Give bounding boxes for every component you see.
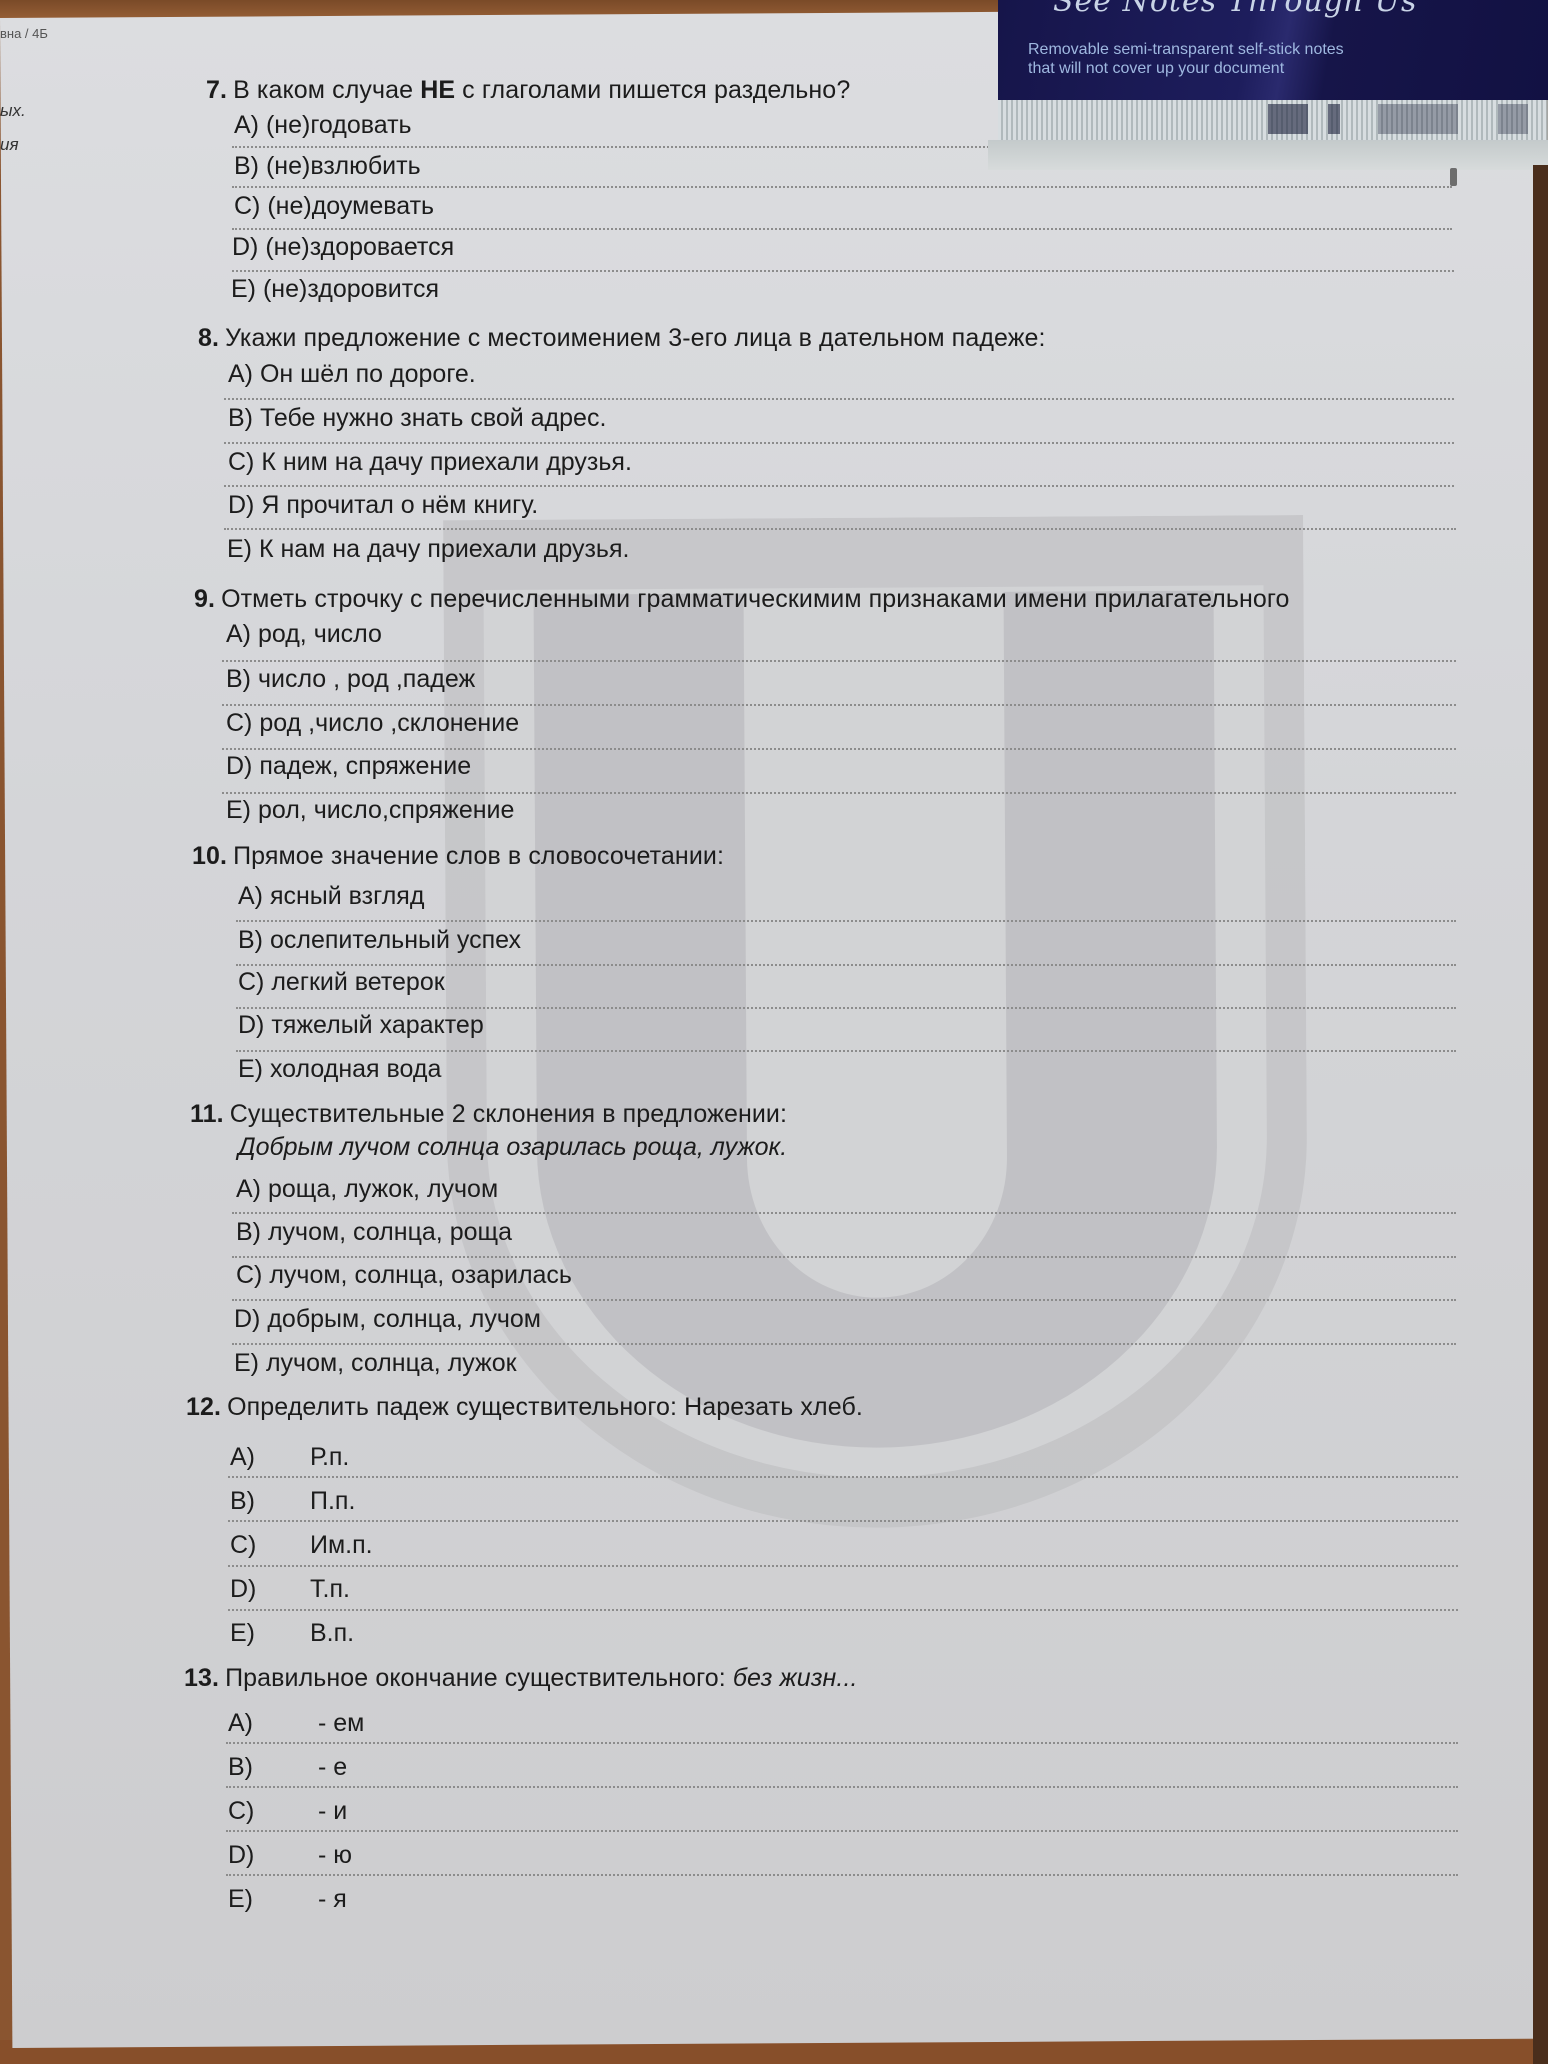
option-7e[interactable]: E) (не)здоровится <box>231 273 439 305</box>
answer-line <box>222 660 1456 662</box>
option-letter: D) <box>238 1009 264 1041</box>
option-text: Я прочитал о нём книгу. <box>261 491 538 519</box>
option-letter: C) <box>234 190 260 222</box>
question-number: 12. <box>186 1393 221 1421</box>
option-8a[interactable]: A) Он шёл по дороге. <box>228 358 476 390</box>
option-letter: C) <box>236 1259 262 1291</box>
fringe-marking <box>1378 104 1458 134</box>
option-9c[interactable]: C) род ,число ,склонение <box>226 707 519 739</box>
option-9a[interactable]: A) род, число <box>226 618 382 650</box>
answer-line <box>228 1520 1458 1522</box>
option-letter: B) <box>226 663 251 695</box>
option-text: лучом, солнца, роща <box>268 1218 512 1246</box>
option-10a[interactable]: A) ясный взгляд <box>238 880 424 912</box>
option-11b[interactable]: B) лучом, солнца, роща <box>236 1216 512 1248</box>
question-10: 10.Прямое значение слов в словосочетании… <box>192 842 724 871</box>
question-text: Существительные 2 склонения в предложени… <box>230 1100 787 1128</box>
option-7a[interactable]: A) (не)годовать <box>234 109 412 141</box>
answer-line <box>224 485 1454 487</box>
question-text: Определить падеж существительного: Нарез… <box>227 1393 863 1421</box>
option-letter: E) <box>226 794 251 826</box>
option-text: (не)взлюбить <box>266 152 421 180</box>
option-8d[interactable]: D) Я прочитал о нём книгу. <box>228 489 538 521</box>
option-text: К нам на дачу приехали друзья. <box>259 535 629 563</box>
option-10e[interactable]: E) холодная вода <box>238 1053 441 1085</box>
tagline-line: Removable semi-transparent self-stick no… <box>1028 40 1344 59</box>
question-emphasis: НЕ <box>420 76 455 104</box>
option-7b[interactable]: B) (не)взлюбить <box>234 150 421 182</box>
option-text: - ю <box>318 1841 352 1869</box>
answer-line <box>222 704 1456 706</box>
option-12a[interactable]: A)Р.п. <box>230 1441 349 1473</box>
option-11e[interactable]: E) лучом, солнца, лужок <box>234 1347 517 1379</box>
option-text: Тебе нужно знать свой адрес. <box>260 404 606 432</box>
paper-clip-icon <box>1450 168 1457 186</box>
tagline-line: that will not cover up your document <box>1028 59 1344 78</box>
answer-line <box>232 1212 1456 1214</box>
margin-fragment: ых. <box>0 101 26 121</box>
option-text: В.п. <box>310 1619 354 1647</box>
question-9: 9.Отметь строчку с перечисленными грамма… <box>194 585 1290 614</box>
option-7d[interactable]: D) (не)здоровается <box>232 231 454 263</box>
fringe-marking <box>1328 104 1340 134</box>
sticky-tagline: Removable semi-transparent self-stick no… <box>1028 40 1344 78</box>
option-text: (не)доумевать <box>267 192 434 220</box>
option-letter: A) <box>226 618 251 650</box>
option-text: - я <box>318 1885 347 1913</box>
answer-line <box>224 398 1454 400</box>
option-10b[interactable]: B) ослепительный успех <box>238 924 521 956</box>
option-9b[interactable]: B) число , род ,падеж <box>226 663 475 695</box>
question-number: 11. <box>190 1100 224 1128</box>
option-text: ослепительный успех <box>270 926 521 954</box>
option-letter: D) <box>226 750 252 782</box>
option-text: П.п. <box>310 1487 355 1515</box>
question-italic-text: без жизн... <box>733 1664 858 1692</box>
option-letter: B) <box>228 402 253 434</box>
option-11d[interactable]: D) добрым, солнца, лучом <box>234 1303 541 1335</box>
option-text: падеж, спряжение <box>259 752 471 780</box>
option-letter: A) <box>228 358 253 390</box>
answer-line <box>236 1050 1456 1052</box>
option-8c[interactable]: C) К ним на дачу приехали друзья. <box>228 446 632 478</box>
option-text: Р.п. <box>310 1443 349 1471</box>
fringe-marking <box>1268 104 1308 134</box>
option-letter: B) <box>236 1216 261 1248</box>
option-letter: C) <box>228 1795 318 1827</box>
option-text: рол, число,спряжение <box>258 796 514 824</box>
question-number: 9. <box>194 585 215 613</box>
option-10d[interactable]: D) тяжелый характер <box>238 1009 484 1041</box>
option-letter: E) <box>230 1617 310 1649</box>
option-letter: B) <box>238 924 263 956</box>
option-text: род ,число ,склонение <box>259 709 519 737</box>
option-10c[interactable]: C) легкий ветерок <box>238 966 445 998</box>
answer-line <box>232 1256 1456 1258</box>
sticky-notes-package: See Notes Through Us Removable semi-tran… <box>998 0 1548 100</box>
option-text: род, число <box>258 620 382 648</box>
plastic-wrap <box>988 140 1548 170</box>
fringe-marking <box>1498 104 1528 134</box>
option-12c[interactable]: C)Им.п. <box>230 1529 373 1561</box>
margin-fragment: ия <box>0 135 19 155</box>
question-7: 7.В каком случае НЕ с глаголами пишется … <box>206 76 850 105</box>
answer-line <box>224 442 1454 444</box>
option-text: (не)здоровится <box>263 275 439 303</box>
answer-line <box>232 186 1452 188</box>
answer-line <box>236 920 1456 922</box>
option-13d[interactable]: D)- ю <box>228 1839 352 1871</box>
answer-line <box>226 1786 1458 1788</box>
desk-edge <box>1533 165 1548 2064</box>
option-13b[interactable]: B)- е <box>228 1751 347 1783</box>
option-9e[interactable]: E) рол, число,спряжение <box>226 794 514 826</box>
sticky-brand: See Notes Through Us <box>1053 0 1417 19</box>
option-13e[interactable]: E)- я <box>228 1883 347 1915</box>
option-text: - ем <box>318 1709 364 1737</box>
option-letter: E) <box>234 1347 259 1379</box>
example-sentence: Добрым лучом солнца озарилась роща, лужо… <box>238 1133 787 1162</box>
option-letter: A) <box>236 1173 261 1205</box>
option-letter: D) <box>230 1573 310 1605</box>
option-text: роща, лужок, лучом <box>268 1175 498 1203</box>
option-letter: E) <box>231 273 256 305</box>
option-7c[interactable]: C) (не)доумевать <box>234 190 434 222</box>
answer-line <box>232 270 1454 272</box>
option-letter: D) <box>228 489 254 521</box>
answer-line <box>228 1565 1458 1567</box>
answer-line <box>226 1830 1458 1832</box>
option-12e[interactable]: E)В.п. <box>230 1617 354 1649</box>
option-text: (не)годовать <box>266 111 412 139</box>
option-letter: A) <box>234 109 259 141</box>
option-letter: D) <box>228 1839 318 1871</box>
option-11c[interactable]: C) лучом, солнца, озарилась <box>236 1259 572 1291</box>
answer-line <box>232 1343 1456 1345</box>
option-letter: C) <box>230 1529 310 1561</box>
answer-line <box>226 1742 1458 1744</box>
question-8: 8.Укажи предложение с местоимением 3-его… <box>198 324 1046 353</box>
option-letter: E) <box>228 1883 318 1915</box>
option-12b[interactable]: B)П.п. <box>230 1485 355 1517</box>
option-letter: C) <box>228 446 254 478</box>
option-letter: B) <box>234 150 259 182</box>
question-11: 11.Существительные 2 склонения в предлож… <box>190 1100 787 1129</box>
question-number: 10. <box>192 842 227 870</box>
question-12: 12.Определить падеж существительного: На… <box>186 1393 863 1422</box>
option-9d[interactable]: D) падеж, спряжение <box>226 750 471 782</box>
question-text: с глаголами пишется раздельно? <box>455 76 850 104</box>
option-text: - е <box>318 1753 347 1781</box>
option-8e[interactable]: E) К нам на дачу приехали друзья. <box>227 533 629 565</box>
option-text: Он шёл по дороге. <box>260 360 476 388</box>
question-text: Правильное окончание существительного: <box>225 1664 733 1692</box>
option-11a[interactable]: A) роща, лужок, лучом <box>236 1173 498 1205</box>
answer-line <box>228 1609 1458 1611</box>
option-text: число , род ,падеж <box>258 665 475 693</box>
answer-line <box>232 1299 1456 1301</box>
answer-line <box>226 1874 1458 1876</box>
answer-line <box>224 528 1456 530</box>
option-12d[interactable]: D)Т.п. <box>230 1573 350 1605</box>
option-letter: D) <box>234 1303 260 1335</box>
option-text: холодная вода <box>270 1055 441 1083</box>
option-letter: C) <box>226 707 252 739</box>
option-text: Им.п. <box>310 1531 373 1559</box>
answer-line <box>228 1476 1458 1478</box>
option-text: ясный взгляд <box>270 882 424 910</box>
option-letter: C) <box>238 966 264 998</box>
option-letter: E) <box>227 533 252 565</box>
option-8b[interactable]: B) Тебе нужно знать свой адрес. <box>228 402 606 434</box>
question-text: Прямое значение слов в словосочетании: <box>233 842 724 870</box>
option-letter: D) <box>232 231 258 263</box>
question-number: 7. <box>206 76 227 104</box>
option-text: тяжелый характер <box>271 1011 483 1039</box>
option-text: лучом, солнца, озарилась <box>269 1261 572 1289</box>
option-letter: A) <box>228 1707 318 1739</box>
option-letter: A) <box>238 880 263 912</box>
option-13a[interactable]: A)- ем <box>228 1707 364 1739</box>
question-number: 13. <box>184 1664 219 1692</box>
option-text: легкий ветерок <box>271 968 444 996</box>
option-text: - и <box>318 1797 347 1825</box>
question-text: В каком случае <box>233 76 420 104</box>
option-letter: B) <box>228 1751 318 1783</box>
question-13: 13.Правильное окончание существительного… <box>184 1664 858 1693</box>
option-letter: A) <box>230 1441 310 1473</box>
header-fragment: вна / 4Б <box>0 26 48 41</box>
option-text: (не)здоровается <box>265 233 454 261</box>
option-text: лучом, солнца, лужок <box>266 1349 517 1377</box>
option-13c[interactable]: C)- и <box>228 1795 347 1827</box>
letter-u-logo-icon <box>443 515 1309 1530</box>
answer-line <box>232 228 1452 230</box>
question-text: Отметь строчку с перечисленными граммати… <box>221 585 1290 613</box>
option-letter: E) <box>238 1053 263 1085</box>
option-text: Т.п. <box>310 1575 350 1603</box>
question-text: Укажи предложение с местоимением 3-его л… <box>225 324 1046 352</box>
option-text: добрым, солнца, лучом <box>267 1305 541 1333</box>
option-text: К ним на дачу приехали друзья. <box>261 448 632 476</box>
option-letter: B) <box>230 1485 310 1517</box>
question-number: 8. <box>198 324 219 352</box>
